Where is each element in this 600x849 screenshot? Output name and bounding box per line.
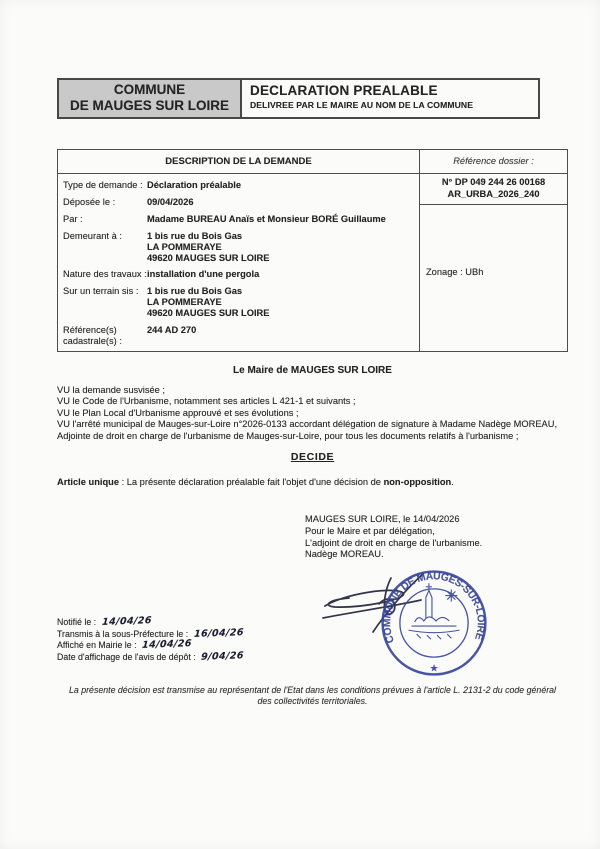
field-label: Type de demande : bbox=[63, 180, 147, 191]
article-text: : La présente déclaration préalable fait… bbox=[119, 477, 384, 487]
commune-line2: DE MAUGES SUR LOIRE bbox=[59, 98, 240, 114]
document-title: DECLARATION PREALABLE bbox=[250, 83, 530, 98]
legal-footer-line1: La présente décision est transmise au re… bbox=[57, 685, 568, 696]
handwritten-date: 14/04/26 bbox=[142, 638, 193, 651]
vu-line: VU l'arrêté municipal de Mauges-sur-Loir… bbox=[57, 419, 568, 442]
request-table-title: DESCRIPTION DE LA DEMANDE bbox=[58, 150, 420, 174]
request-table: DESCRIPTION DE LA DEMANDE Référence doss… bbox=[57, 149, 568, 352]
signature-function: L'adjoint de droit en charge de l'urbani… bbox=[305, 538, 568, 550]
table-row: Déposée le : 09/04/2026 bbox=[63, 197, 413, 208]
field-label: Par : bbox=[63, 214, 147, 225]
zonage-value: Zonage : UBh bbox=[420, 267, 567, 277]
notification-line: Date d'affichage de l'avis de dépôt : 9/… bbox=[57, 652, 568, 663]
article-decision: non-opposition bbox=[384, 477, 452, 487]
signature-zone: MAUGES SUR LOIRE, le 14/04/2026 Pour le … bbox=[57, 514, 568, 617]
address-line: 1 bis rue du Bois Gas bbox=[147, 231, 413, 242]
table-row: Nature des travaux : installation d'une … bbox=[63, 269, 413, 280]
signature-block: MAUGES SUR LOIRE, le 14/04/2026 Pour le … bbox=[305, 514, 568, 560]
field-label: Demeurant à : bbox=[63, 231, 147, 264]
notification-label: Transmis à la sous-Préfecture le : bbox=[57, 629, 188, 639]
address-line: 1 bis rue du Bois Gas bbox=[147, 286, 413, 297]
field-label: Sur un terrain sis : bbox=[63, 286, 147, 319]
notification-label: Date d'affichage de l'avis de dépôt : bbox=[57, 652, 196, 662]
address-line: 49620 MAUGES SUR LOIRE bbox=[147, 308, 413, 319]
table-row: Par : Madame BUREAU Anaïs et Monsieur BO… bbox=[63, 214, 413, 225]
field-value: Madame BUREAU Anaïs et Monsieur BORÉ Gui… bbox=[147, 214, 413, 225]
stamp-church-art bbox=[409, 584, 460, 640]
signature-name: Nadège MOREAU. bbox=[305, 549, 568, 561]
address-line: LA POMMERAYE bbox=[147, 242, 413, 253]
stamp-text: COMMUNE DE MAUGES-SUR-LOIRE bbox=[382, 571, 486, 644]
document-page: COMMUNE DE MAUGES SUR LOIRE DECLARATION … bbox=[0, 0, 600, 849]
field-value: 09/04/2026 bbox=[147, 197, 413, 208]
table-row: Type de demande : Déclaration préalable bbox=[63, 180, 413, 191]
vu-line: VU le Code de l'Urbanisme, notamment ses… bbox=[57, 396, 568, 407]
table-row: Sur un terrain sis : 1 bis rue du Bois G… bbox=[63, 286, 413, 319]
field-value: Déclaration préalable bbox=[147, 180, 413, 191]
field-value: installation d'une pergola bbox=[147, 269, 413, 280]
commune-box: COMMUNE DE MAUGES SUR LOIRE bbox=[59, 80, 242, 117]
table-row: Référence(s) cadastrale(s) : 244 AD 270 bbox=[63, 325, 413, 347]
notification-label: Affiché en Mairie le : bbox=[57, 640, 137, 650]
reference-header: Référence dossier : bbox=[420, 150, 567, 174]
reference-column: N° DP 049 244 26 00168 AR_URBA_2026_240 … bbox=[420, 174, 567, 351]
reference-number-line2: AR_URBA_2026_240 bbox=[422, 189, 565, 201]
field-value: 244 AD 270 bbox=[147, 325, 413, 347]
article-paragraph: Article unique : La présente déclaration… bbox=[57, 477, 568, 488]
notification-block: Notifié le : 14/04/26 Transmis à la sous… bbox=[57, 617, 568, 663]
stamp-inner-circle bbox=[400, 589, 468, 657]
address-line: LA POMMERAYE bbox=[147, 297, 413, 308]
vu-line: VU la demande susvisée ; bbox=[57, 385, 568, 396]
reference-number: N° DP 049 244 26 00168 AR_URBA_2026_240 bbox=[420, 174, 567, 205]
signature-place-date: MAUGES SUR LOIRE, le 14/04/2026 bbox=[305, 514, 568, 526]
signature-delegation: Pour le Maire et par délégation, bbox=[305, 526, 568, 538]
document-subtitle: DELIVREE PAR LE MAIRE AU NOM DE LA COMMU… bbox=[250, 100, 530, 110]
vu-block: VU la demande susvisée ; VU le Code de l… bbox=[57, 385, 568, 442]
handwritten-date: 14/04/26 bbox=[101, 615, 152, 628]
notification-line: Notifié le : 14/04/26 bbox=[57, 617, 568, 628]
star-icon: ★ bbox=[429, 664, 438, 675]
maire-title: Le Maire de MAUGES SUR LOIRE bbox=[57, 365, 568, 376]
notification-label: Notifié le : bbox=[57, 617, 96, 627]
field-value: 1 bis rue du Bois Gas LA POMMERAYE 49620… bbox=[147, 286, 413, 319]
address-line: 49620 MAUGES SUR LOIRE bbox=[147, 253, 413, 264]
legal-footer: La présente décision est transmise au re… bbox=[57, 685, 568, 707]
article-period: . bbox=[451, 477, 454, 487]
handwritten-date: 16/04/26 bbox=[193, 627, 244, 640]
article-label: Article unique bbox=[57, 477, 119, 487]
request-table-body: Type de demande : Déclaration préalable … bbox=[58, 174, 420, 351]
commune-line1: COMMUNE bbox=[59, 82, 240, 98]
field-label: Déposée le : bbox=[63, 197, 147, 208]
commune-stamp: COMMUNE DE MAUGES-SUR-LOIRE ★ bbox=[378, 567, 490, 679]
field-value: 1 bis rue du Bois Gas LA POMMERAYE 49620… bbox=[147, 231, 413, 264]
field-label: Nature des travaux : bbox=[63, 269, 147, 280]
document-title-box: DECLARATION PREALABLE DELIVREE PAR LE MA… bbox=[242, 80, 538, 117]
notification-line: Transmis à la sous-Préfecture le : 16/04… bbox=[57, 629, 568, 640]
vu-line: VU le Plan Local d'Urbanisme approuvé et… bbox=[57, 408, 568, 419]
handwritten-date: 9/04/26 bbox=[201, 650, 245, 663]
reference-number-line1: N° DP 049 244 26 00168 bbox=[422, 177, 565, 189]
decide-heading: DECIDE bbox=[57, 451, 568, 463]
svg-text:COMMUNE DE MAUGES-SUR-LOIRE: COMMUNE DE MAUGES-SUR-LOIRE bbox=[382, 571, 486, 644]
document-header: COMMUNE DE MAUGES SUR LOIRE DECLARATION … bbox=[57, 78, 540, 119]
table-row: Demeurant à : 1 bis rue du Bois Gas LA P… bbox=[63, 231, 413, 264]
legal-footer-line2: des collectivités territoriales. bbox=[57, 696, 568, 707]
field-label: Référence(s) cadastrale(s) : bbox=[63, 325, 147, 347]
notification-line: Affiché en Mairie le : 14/04/26 bbox=[57, 640, 568, 651]
